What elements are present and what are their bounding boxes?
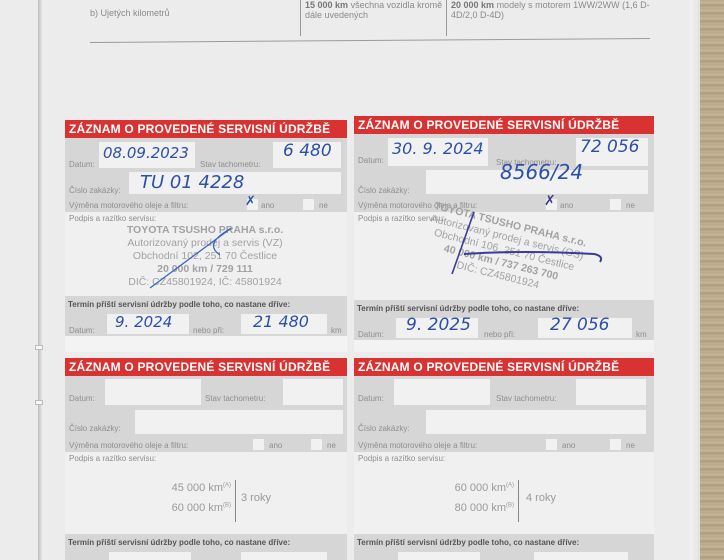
next-km-value: 21 480 xyxy=(253,312,309,331)
no-label: ne xyxy=(626,201,635,210)
oil-no-checkbox[interactable] xyxy=(303,199,314,210)
order-no-field[interactable] xyxy=(135,410,343,434)
oil-yes-checkbox[interactable] xyxy=(546,439,557,450)
next-km-field[interactable] xyxy=(534,552,628,560)
date-field[interactable] xyxy=(105,379,201,405)
interval-row-label: b) Ujetých kilometrů xyxy=(90,8,170,18)
service-interval-table: b) Ujetých kilometrů 15 000 km všechna v… xyxy=(90,0,650,40)
signature-area: Podpis a razítko servisu: TOYOTA TSUSHO … xyxy=(354,212,654,300)
oil-no-checkbox[interactable] xyxy=(610,439,621,450)
oil-yes-checkbox[interactable] xyxy=(253,439,264,450)
order-no-field[interactable] xyxy=(426,410,646,434)
or-at-label: nebo při: xyxy=(193,326,224,335)
date-value: 08.09.2023 xyxy=(103,144,189,162)
date-value: 30. 9. 2024 xyxy=(392,139,484,158)
signature-label: Podpis a razítko servisu: xyxy=(69,214,156,223)
interval-years: 3 roky xyxy=(241,492,271,504)
date-field[interactable] xyxy=(394,379,490,405)
record-header: ZÁZNAM O PROVEDENÉ SERVISNÍ ÚDRŽBĚ xyxy=(354,116,654,134)
yes-label: ano xyxy=(269,441,282,450)
odometer-field[interactable] xyxy=(576,379,646,405)
next-date-field[interactable] xyxy=(398,552,480,560)
service-record-4: ZÁZNAM O PROVEDENÉ SERVISNÍ ÚDRŽBĚ Datum… xyxy=(354,358,654,560)
order-no-value: 8566/24 xyxy=(500,160,583,184)
interval-km-a: 60 000 km(A) xyxy=(418,482,514,494)
next-km-field[interactable] xyxy=(241,552,327,560)
order-no-label: Číslo zakázky: xyxy=(69,424,121,433)
interval-diesel: 20 000 km modely s motorem 1WW/2WW (1,6 … xyxy=(446,0,651,36)
next-service-label: Termín příští servisní údržby podle toho… xyxy=(68,300,290,309)
date-label: Datum: xyxy=(358,156,384,165)
wooden-table-surface xyxy=(700,0,724,560)
signature-area: Podpis a razítko servisu: TOYOTA TSUSHO … xyxy=(65,212,347,296)
signature-area: Podpis a razítko servisu: 60 000 km(A) 8… xyxy=(354,452,654,534)
interval-divider xyxy=(235,480,236,522)
no-label: ne xyxy=(319,201,328,210)
km-label: km xyxy=(331,326,342,335)
interval-km-b: 80 000 km(B) xyxy=(418,502,514,514)
signature-scribble xyxy=(444,212,604,292)
no-label: ne xyxy=(327,441,336,450)
signature-scribble xyxy=(145,220,255,290)
signature-area: Podpis a razítko servisu: 45 000 km(A) 6… xyxy=(65,452,347,534)
no-label: ne xyxy=(626,441,635,450)
interval-km-a: 45 000 km(A) xyxy=(135,482,231,494)
signature-label: Podpis a razítko servisu: xyxy=(69,454,156,463)
next-date-value: 9. 2024 xyxy=(115,313,172,331)
yes-label: ano xyxy=(261,201,274,210)
odometer-field[interactable] xyxy=(283,379,343,405)
odometer-value: 6 480 xyxy=(283,141,332,161)
interval-km-b: 60 000 km(B) xyxy=(135,502,231,514)
odometer-label: Stav tachometru: xyxy=(205,394,265,403)
binding-stitch xyxy=(35,400,43,405)
signature-label: Podpis a razítko servisu: xyxy=(358,454,445,463)
check-mark-icon: ✗ xyxy=(544,193,556,209)
yes-label: ano xyxy=(560,201,573,210)
km-label: km xyxy=(636,330,647,339)
odometer-value: 72 056 xyxy=(580,137,639,157)
yes-label: ano xyxy=(562,441,575,450)
service-record-1: ZÁZNAM O PROVEDENÉ SERVISNÍ ÚDRŽBĚ Datum… xyxy=(65,120,347,352)
service-book-page: b) Ujetých kilometrů 15 000 km všechna v… xyxy=(0,0,706,560)
record-header: ZÁZNAM O PROVEDENÉ SERVISNÍ ÚDRŽBĚ xyxy=(65,120,347,138)
binding-stitch xyxy=(35,345,43,350)
next-date-value: 9. 2025 xyxy=(406,315,471,335)
service-record-2: ZÁZNAM O PROVEDENÉ SERVISNÍ ÚDRŽBĚ Datum… xyxy=(354,116,654,352)
order-no-value: TU 01 4228 xyxy=(140,172,244,193)
date-label: Datum: xyxy=(358,394,384,403)
next-date-field[interactable] xyxy=(109,552,191,560)
oil-no-checkbox[interactable] xyxy=(610,199,621,210)
service-record-3: ZÁZNAM O PROVEDENÉ SERVISNÍ ÚDRŽBĚ Datum… xyxy=(65,358,347,560)
interval-standard: 15 000 km všechna vozidla kromě dále uve… xyxy=(300,0,445,36)
check-mark-icon: ✗ xyxy=(245,194,256,209)
order-no-label: Číslo zakázky: xyxy=(69,186,121,195)
date-label: Datum: xyxy=(69,160,95,169)
interval-divider xyxy=(518,480,519,522)
order-no-label: Číslo zakázky: xyxy=(358,424,410,433)
interval-years: 4 roky xyxy=(526,492,556,504)
odometer-label: Stav tachometru: xyxy=(200,160,260,169)
date-label: Datum: xyxy=(69,394,95,403)
oil-change-label: Výměna motorového oleje a filtru: xyxy=(358,441,477,450)
next-date-label: Datum: xyxy=(69,326,95,335)
next-km-value: 27 056 xyxy=(550,315,609,335)
next-service-label: Termín příští servisní údržby podle toho… xyxy=(357,304,579,313)
next-service-label: Termín příští servisní údržby podle toho… xyxy=(68,538,290,547)
record-header: ZÁZNAM O PROVEDENÉ SERVISNÍ ÚDRŽBĚ xyxy=(65,358,347,376)
odometer-label: Stav tachometru: xyxy=(496,394,556,403)
oil-no-checkbox[interactable] xyxy=(311,439,322,450)
oil-change-label: Výměna motorového oleje a filtru: xyxy=(69,441,188,450)
next-service-label: Termín příští servisní údržby podle toho… xyxy=(357,538,579,547)
oil-change-label: Výměna motorového oleje a filtru: xyxy=(69,201,188,210)
book-gutter xyxy=(38,0,42,560)
record-header: ZÁZNAM O PROVEDENÉ SERVISNÍ ÚDRŽBĚ xyxy=(354,358,654,376)
or-at-label: nebo při: xyxy=(484,330,515,339)
next-date-label: Datum: xyxy=(358,330,384,339)
